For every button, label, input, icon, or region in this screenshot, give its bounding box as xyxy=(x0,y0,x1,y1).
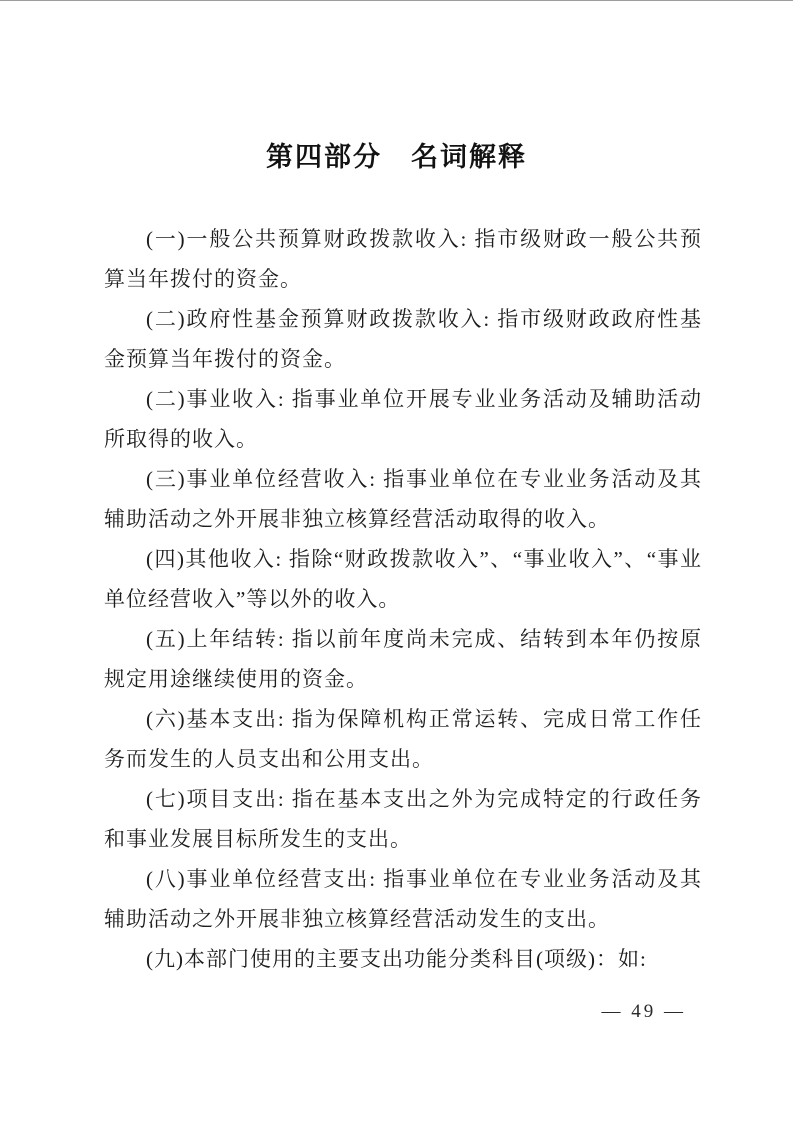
page-number: — 49 — xyxy=(0,999,793,1025)
paragraph-definition-10: (九)本部门使用的主要支出功能分类科目(项级)：如: xyxy=(104,939,702,979)
paragraph-definition-6: (五)上年结转: 指以前年度尚未完成、结转到本年仍按原规定用途继续使用的资金。 xyxy=(104,619,702,699)
paragraph-definition-8: (七)项目支出: 指在基本支出之外为完成特定的行政任务和事业发展目标所发生的支出… xyxy=(104,779,702,859)
paragraph-definition-3: (二)事业收入: 指事业单位开展专业业务活动及辅助活动所取得的收入。 xyxy=(104,379,702,459)
paragraph-definition-5: (四)其他收入: 指除“财政拨款收入”、“事业收入”、“事业单位经营收入”等以外… xyxy=(104,539,702,619)
paragraph-definition-7: (六)基本支出: 指为保障机构正常运转、完成日常工作任务而发生的人员支出和公用支… xyxy=(104,699,702,779)
paragraph-definition-1: (一)一般公共预算财政拨款收入: 指市级财政一般公共预算当年拨付的资金。 xyxy=(104,219,702,299)
paragraph-definition-9: (八)事业单位经营支出: 指事业单位在专业业务活动及其辅助活动之外开展非独立核算… xyxy=(104,859,702,939)
paragraph-definition-2: (二)政府性基金预算财政拨款收入: 指市级财政政府性基金预算当年拨付的资金。 xyxy=(104,299,702,379)
document-page: 第四部分 名词解释 (一)一般公共预算财政拨款收入: 指市级财政一般公共预算当年… xyxy=(0,0,793,1122)
paragraph-definition-4: (三)事业单位经营收入: 指事业单位在专业业务活动及其辅助活动之外开展非独立核算… xyxy=(104,459,702,539)
page-title: 第四部分 名词解释 xyxy=(0,139,793,175)
body-content: (一)一般公共预算财政拨款收入: 指市级财政一般公共预算当年拨付的资金。 (二)… xyxy=(104,219,702,979)
